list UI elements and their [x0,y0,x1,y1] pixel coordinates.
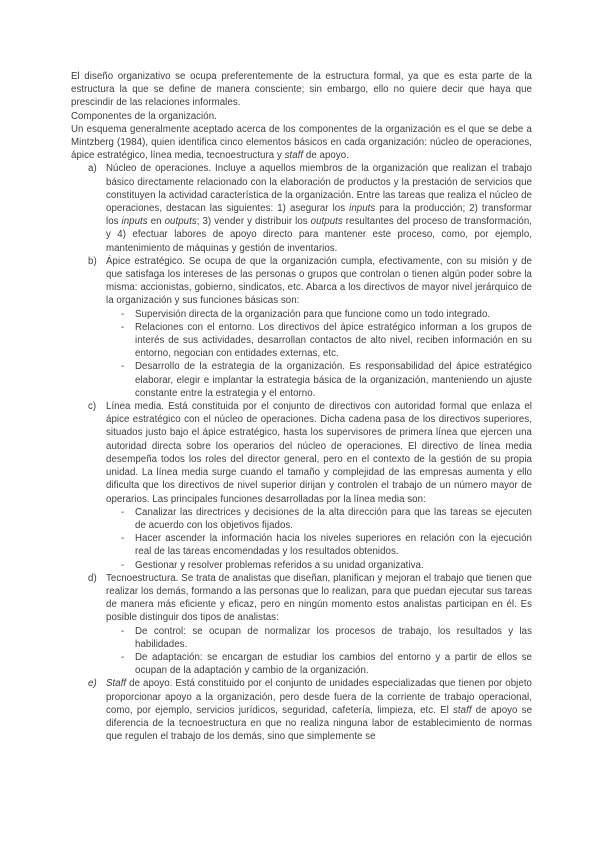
text-run: Gestionar y resolver problemas referidos… [135,560,424,571]
text-run: de apoyo. [303,150,349,161]
bullet-dash: - [121,532,124,545]
sub-list-item: -Relaciones con el entorno. Los directiv… [71,321,532,361]
text-run: Tecnoestructura. Se trata de analistas q… [106,573,532,624]
list-marker: d) [88,572,97,585]
paragraph: Componentes de la organización. [71,110,532,123]
text-run: Línea media. Está constituida por el con… [106,401,532,504]
sub-list-item: -Desarrollo de la estrategia de la organ… [71,360,532,400]
sub-list-item: -De adaptación: se encargan de estudiar … [71,651,532,677]
text-run: outputs [165,216,197,227]
text-run: Staff [106,678,126,689]
bullet-dash: - [121,321,124,334]
sub-list-item: -Canalizar las directrices y decisiones … [71,506,532,532]
sub-list-item: -Supervisión directa de la organización … [71,308,532,321]
text-run: Canalizar las directrices y decisiones d… [135,507,532,531]
text-run: Desarrollo de la estrategia de la organi… [135,361,532,398]
list-item: a)Núcleo de operaciones. Incluye a aquel… [71,162,532,254]
text-run: staff [453,705,472,716]
sub-list-item: -Hacer ascender la información hacia los… [71,532,532,558]
paragraph: Un esquema generalmente aceptado acerca … [71,123,532,163]
document-body: El diseño organizativo se ocupa preferen… [71,70,532,743]
list-item: d)Tecnoestructura. Se trata de analistas… [71,572,532,625]
list-marker: c) [88,400,96,413]
text-run: De control: se ocupan de normalizar los … [135,626,532,650]
sub-list-item: -De control: se ocupan de normalizar los… [71,625,532,651]
document-page: El diseño organizativo se ocupa preferen… [0,0,600,848]
text-run: inputs [122,216,148,227]
text-run: en [148,216,165,227]
list-item: b)Ápice estratégico. Se ocupa de que la … [71,255,532,308]
bullet-dash: - [121,360,124,373]
text-run: Ápice estratégico. Se ocupa de que la or… [106,256,532,307]
paragraph: El diseño organizativo se ocupa preferen… [71,70,532,110]
sub-list-item: -Gestionar y resolver problemas referido… [71,559,532,572]
bullet-dash: - [121,651,124,664]
bullet-dash: - [121,308,124,321]
text-run: staff [285,150,304,161]
list-marker: e) [88,677,97,690]
text-run: Hacer ascender la información hacia los … [135,533,532,557]
bullet-dash: - [121,625,124,638]
text-run: De adaptación: se encargan de estudiar l… [135,652,532,676]
text-run: ; 3) vender y distribuir los [197,216,311,227]
text-run: Supervisión directa de la organización p… [135,309,490,320]
list-item: c)Línea media. Está constituida por el c… [71,400,532,506]
text-run: Relaciones con el entorno. Los directivo… [135,322,532,359]
text-run: inputs [349,203,375,214]
list-item: e)Staff de apoyo. Está constituido por e… [71,677,532,743]
text-run: El diseño organizativo se ocupa preferen… [71,71,532,108]
bullet-dash: - [121,559,124,572]
text-run: Componentes de la organización. [71,111,217,122]
bullet-dash: - [121,506,124,519]
list-marker: a) [88,162,97,175]
text-run: outputs [311,216,343,227]
list-marker: b) [88,255,97,268]
